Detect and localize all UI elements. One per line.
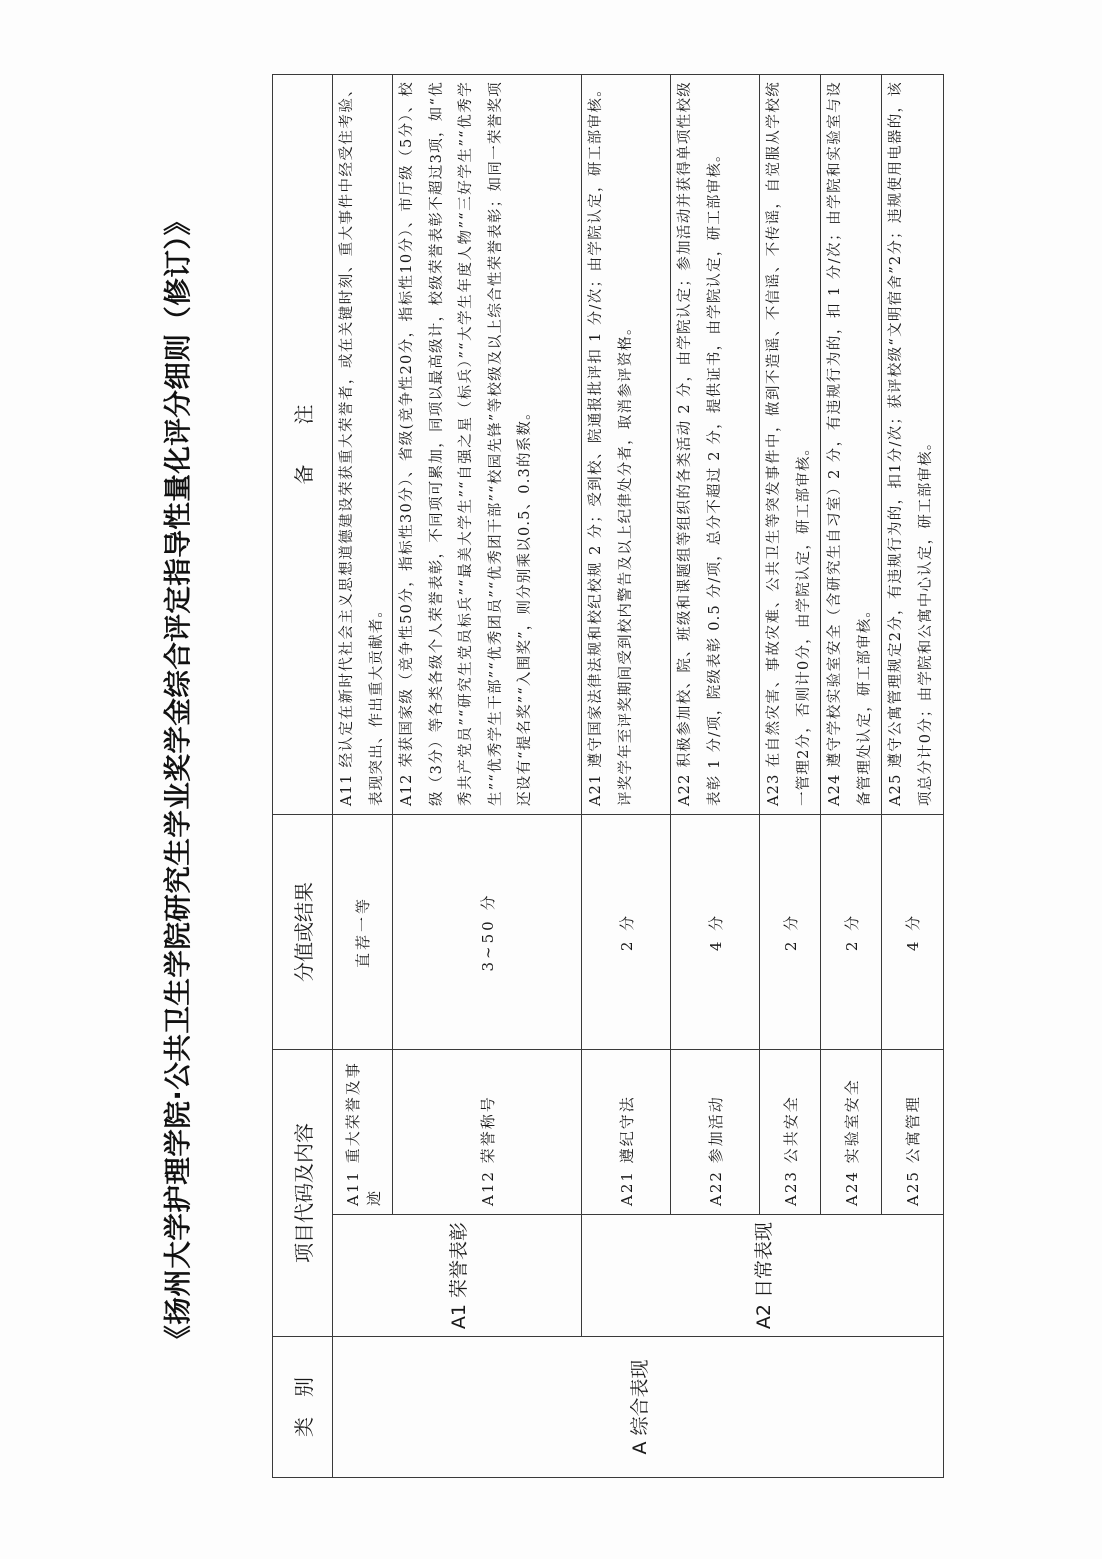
note-cell: A11 经认定在新时代社会主义思想道德建设荣获重大荣誉者，或在关键时刻、重大事件… bbox=[333, 75, 393, 815]
scoring-table: 类 别 项目代码及内容 分值或结果 备 注 A 综合表现 A1 荣誉表彰 A11… bbox=[272, 74, 944, 1478]
item-cell: A11 重大荣誉及事迹 bbox=[333, 1050, 393, 1215]
value-cell: 4 分 bbox=[882, 815, 944, 1050]
category-cell: A 综合表现 bbox=[333, 1337, 944, 1478]
note-cell: A24 遵守学校实验室安全（含研究生自习室）2 分，有违规行为的，扣 1 分/次… bbox=[821, 75, 882, 815]
item-cell: A12 荣誉称号 bbox=[393, 1050, 582, 1215]
value-cell: 2 分 bbox=[760, 815, 821, 1050]
header-value: 分值或结果 bbox=[273, 815, 333, 1050]
note-cell: A23 在自然灾害、事故灾难、公共卫生等突发事件中，做到不造谣、不信谣、不传谣，… bbox=[760, 75, 821, 815]
note-cell: A22 积极参加校、院、班级和课题组等组织的各类活动 2 分，由学院认定；参加活… bbox=[671, 75, 760, 815]
subcategory-cell-a2: A2 日常表现 bbox=[582, 1215, 944, 1337]
item-cell: A22 参加活动 bbox=[671, 1050, 760, 1215]
scoring-table-rotated: 类 别 项目代码及内容 分值或结果 备 注 A 综合表现 A1 荣誉表彰 A11… bbox=[272, 75, 929, 1478]
table-row: A2 日常表现 A21 遵纪守法 2 分 A21 遵守国家法律法规和校纪校规 2… bbox=[582, 75, 671, 1478]
value-cell: 3~50 分 bbox=[393, 815, 582, 1050]
item-cell: A21 遵纪守法 bbox=[582, 1050, 671, 1215]
document-title: 《扬州大学护理学院·公共卫生学院研究生学业奖学金综合评定指导性量化评分细则（修订… bbox=[155, 207, 195, 1352]
table-row: A 综合表现 A1 荣誉表彰 A11 重大荣誉及事迹 直荐一等 A11 经认定在… bbox=[333, 75, 393, 1478]
item-cell: A24 实验室安全 bbox=[821, 1050, 882, 1215]
table-header-row: 类 别 项目代码及内容 分值或结果 备 注 bbox=[273, 75, 333, 1478]
header-item: 项目代码及内容 bbox=[273, 1050, 333, 1337]
value-cell: 2 分 bbox=[582, 815, 671, 1050]
header-note: 备 注 bbox=[273, 75, 333, 815]
value-cell: 2 分 bbox=[821, 815, 882, 1050]
subcategory-cell-a1: A1 荣誉表彰 bbox=[333, 1215, 582, 1337]
note-cell: A12 荣获国家级（竞争性50分，指标性30分）、省级(竞争性20分，指标性10… bbox=[393, 75, 582, 815]
value-cell: 4 分 bbox=[671, 815, 760, 1050]
note-cell: A21 遵守国家法律法规和校纪校规 2 分；受到校、院通报批评扣 1 分/次；由… bbox=[582, 75, 671, 815]
item-cell: A25 公寓管理 bbox=[882, 1050, 944, 1215]
value-cell: 直荐一等 bbox=[333, 815, 393, 1050]
header-category: 类 别 bbox=[273, 1337, 333, 1478]
note-cell: A25 遵守公寓管理规定2分，有违规行为的，扣1分/次；获评校级“文明宿舍”2分… bbox=[882, 75, 944, 815]
item-cell: A23 公共安全 bbox=[760, 1050, 821, 1215]
